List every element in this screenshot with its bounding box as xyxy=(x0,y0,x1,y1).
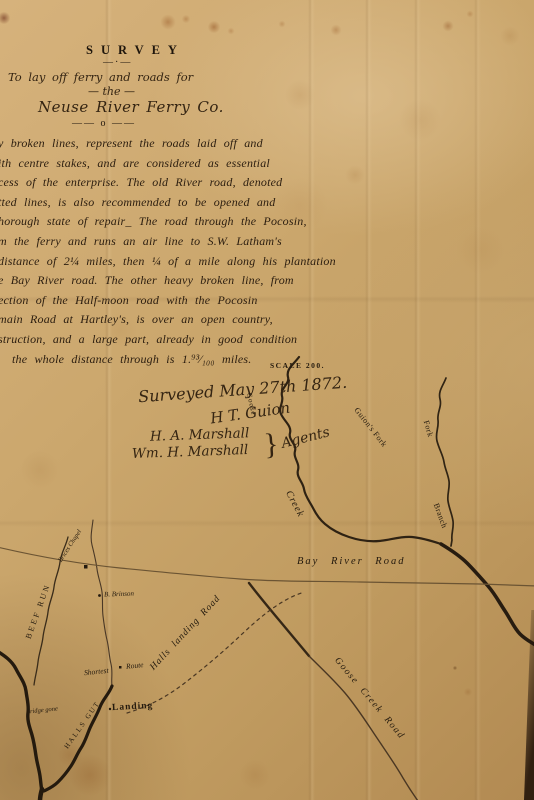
route-label: Route xyxy=(126,660,144,671)
survey-map-photo: SURVEY —·— To lay off ferry and roads fo… xyxy=(0,0,534,800)
description-line: ection of the Half-moon road with the Po… xyxy=(0,291,336,311)
brinson-label: B. Brinson xyxy=(104,589,134,598)
description-line: m the ferry and runs an air line to S.W.… xyxy=(0,232,336,252)
scale-note: SCALE 200. xyxy=(270,361,325,370)
survey-title: SURVEY xyxy=(86,43,185,58)
landing-marker xyxy=(109,708,111,710)
description-line: y broken lines, represent the roads laid… xyxy=(0,134,336,154)
agents-brace: } xyxy=(263,428,280,463)
description-line: horough state of repair_ The road throug… xyxy=(0,212,336,232)
description-line: tted lines, is also recommended to be op… xyxy=(0,193,336,213)
description-line: ith centre stakes, and are considered as… xyxy=(0,154,336,174)
description-line: e Bay River road. The other heavy broken… xyxy=(0,271,336,291)
company-name: Neuse River Ferry Co. xyxy=(38,98,224,116)
stream-confluence-path xyxy=(40,789,42,800)
route-marker xyxy=(119,666,122,669)
survey-description: y broken lines, represent the roads laid… xyxy=(0,134,336,369)
halls-gut-upper-path xyxy=(91,520,112,686)
goose-creek-road-lower-path xyxy=(309,656,418,800)
description-line: main Road at Hartley's, is over an open … xyxy=(0,310,336,330)
company-divider: —— o —— xyxy=(72,118,136,129)
brinson-marker xyxy=(98,594,101,597)
description-line: distance of 2¼ miles, then ¼ of a mile a… xyxy=(0,252,336,272)
brices-chapel-marker xyxy=(84,565,88,569)
halls-gut-path xyxy=(44,686,112,791)
title-divider: —·— xyxy=(103,57,132,68)
goose-creek-lower-path xyxy=(441,544,534,646)
subtitle-line1: To lay off ferry and roads for xyxy=(8,70,193,84)
halls-landing-road-dotted-path xyxy=(127,592,304,713)
description-line: cess of the enterprise. The old River ro… xyxy=(0,173,336,193)
description-line: struction, and a large part, already in … xyxy=(0,330,336,350)
beef-run-path xyxy=(0,651,42,791)
subtitle-line2: — the — xyxy=(88,85,135,98)
bay-river-road-label: Bay River Road xyxy=(297,556,405,567)
